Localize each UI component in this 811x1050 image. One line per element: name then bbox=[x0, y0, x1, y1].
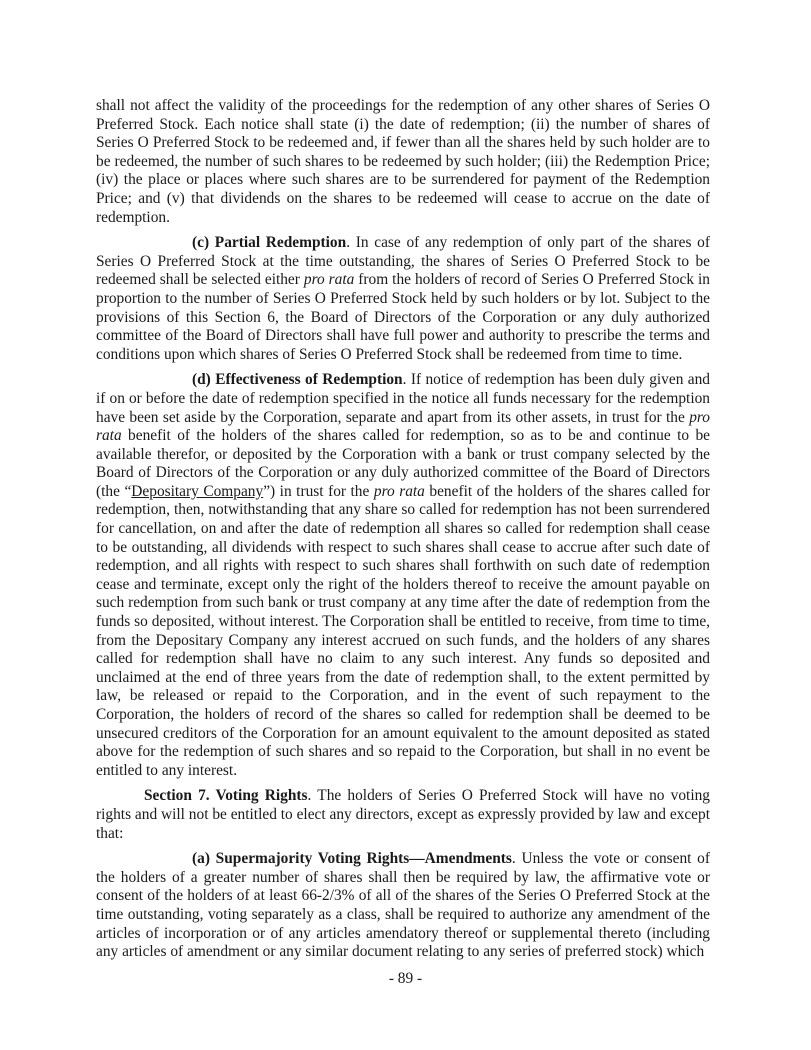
paragraph-effectiveness-of-redemption: (d) Effectiveness of Redemption. If noti… bbox=[96, 371, 710, 780]
page-number: - 89 - bbox=[0, 970, 811, 988]
paragraph-text: ”) in trust for the bbox=[263, 483, 374, 500]
italic-term: pro rata bbox=[374, 483, 425, 500]
paragraph-voting-rights: Section 7. Voting Rights. The holders of… bbox=[96, 787, 710, 843]
paragraph-text: shall not affect the validity of the pro… bbox=[96, 97, 710, 226]
paragraph-supermajority-voting-rights: (a) Supermajority Voting Rights—Amendmen… bbox=[96, 850, 710, 962]
document-page: shall not affect the validity of the pro… bbox=[96, 97, 710, 969]
paragraph-text: benefit of the holders of the shares cal… bbox=[96, 483, 710, 779]
italic-term: pro rata bbox=[304, 271, 354, 288]
section-heading: (d) Effectiveness of Redemption bbox=[192, 371, 403, 388]
paragraph-text: . If notice of redemption has been duly … bbox=[96, 371, 710, 425]
section-heading: Section 7. Voting Rights bbox=[144, 787, 308, 804]
paragraph-notice-contents: shall not affect the validity of the pro… bbox=[96, 97, 710, 227]
section-heading: (c) Partial Redemption bbox=[192, 234, 346, 251]
section-heading: (a) Supermajority Voting Rights—Amendmen… bbox=[192, 850, 512, 867]
paragraph-partial-redemption: (c) Partial Redemption. In case of any r… bbox=[96, 234, 710, 364]
defined-term: Depositary Company bbox=[131, 483, 263, 500]
